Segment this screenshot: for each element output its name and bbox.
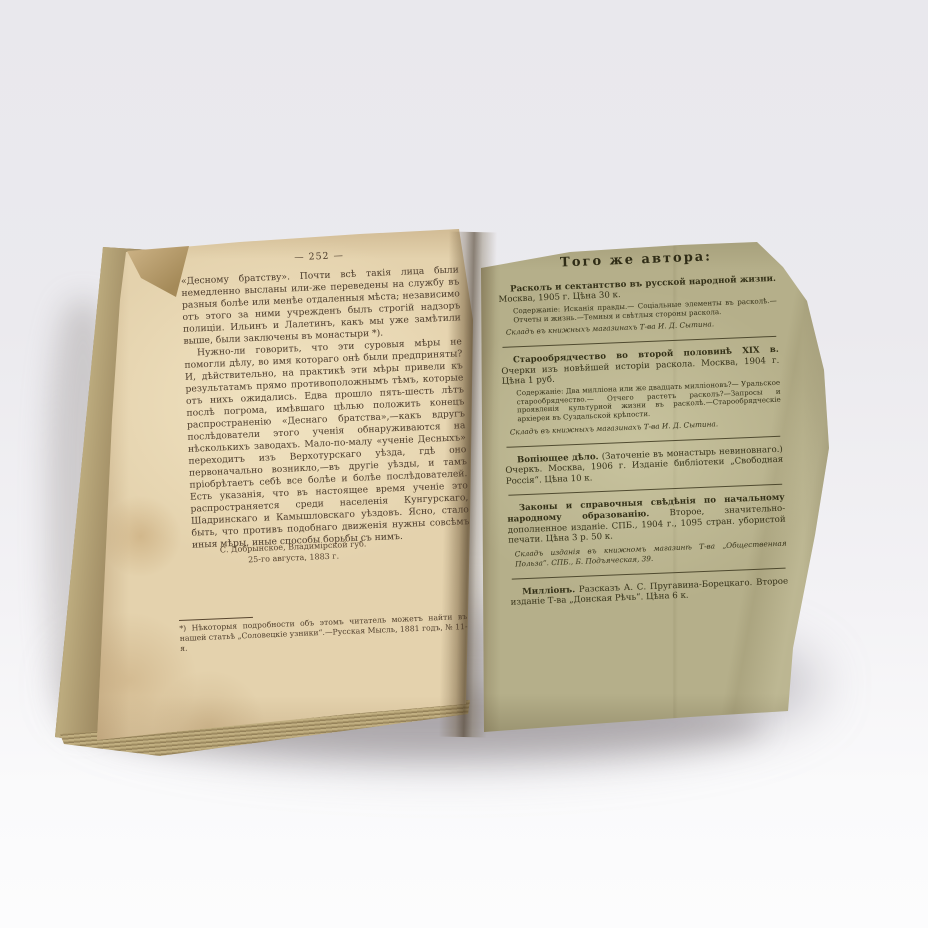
book-entry: Старообрядчество во второй половинѣ XIX …: [501, 345, 782, 439]
entry-lead: Вопіющее дѣло. (Заточеніе въ монастырь н…: [505, 444, 784, 487]
book-entry: Расколъ и сектантство въ русской народно…: [498, 273, 778, 338]
book-entry: Вопіющее дѣло. (Заточеніе въ монастырь н…: [505, 444, 784, 487]
book-photo: — 252 — «Десному братству». Почти всѣ та…: [0, 0, 928, 928]
book-entry: Законы и справочныя свѣдѣнія по начально…: [507, 493, 787, 571]
body-paragraph: «Десному братству». Почти всѣ такія лица…: [181, 264, 462, 348]
entry-text: (Заточеніе въ монастырь невиновнаго.) Оч…: [505, 444, 783, 486]
body-paragraph: Нужно-ли говорить, что эти суровыя мѣры …: [184, 336, 470, 551]
entry-lead: Законы и справочныя свѣдѣнія по начально…: [507, 493, 786, 546]
left-page-text: — 252 — «Десному братству». Почти всѣ та…: [180, 245, 470, 551]
entry-title: Расколъ и сектантство въ русской народно…: [510, 273, 776, 294]
same-author-heading: Того же автора:: [497, 250, 775, 272]
right-page-text: Того же автора: Расколъ и сектантство въ…: [497, 250, 789, 609]
